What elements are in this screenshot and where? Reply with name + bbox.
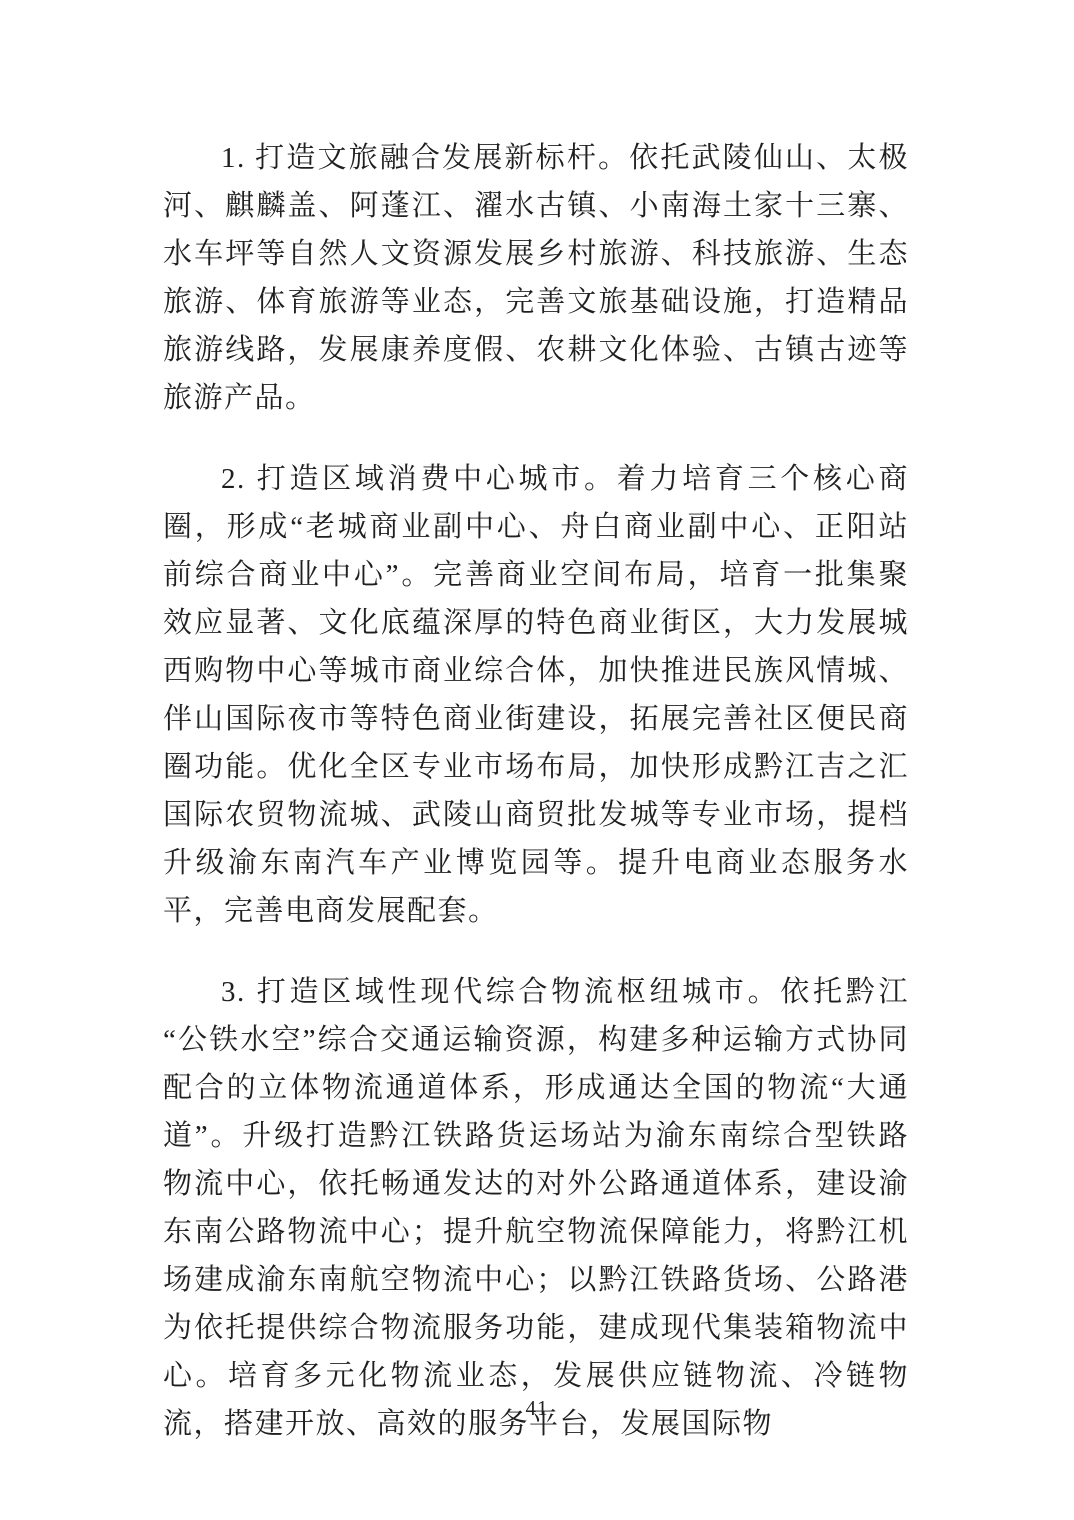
document-page: 1. 打造文旅融合发展新标杆。依托武陵仙山、太极河、麒麟盖、阿蓬江、濯水古镇、小… — [0, 0, 1074, 1520]
document-body: 1. 打造文旅融合发展新标杆。依托武陵仙山、太极河、麒麟盖、阿蓬江、濯水古镇、小… — [163, 134, 909, 1481]
page-number: 41 — [526, 1396, 549, 1420]
paragraph-1: 1. 打造文旅融合发展新标杆。依托武陵仙山、太极河、麒麟盖、阿蓬江、濯水古镇、小… — [163, 134, 909, 422]
paragraph-2: 2. 打造区域消费中心城市。着力培育三个核心商圈，形成“老城商业副中心、舟白商业… — [163, 455, 909, 935]
paragraph-3: 3. 打造区域性现代综合物流枢纽城市。依托黔江“公铁水空”综合交通运输资源，构建… — [163, 968, 909, 1448]
page-footer: 41 — [0, 1396, 1074, 1421]
